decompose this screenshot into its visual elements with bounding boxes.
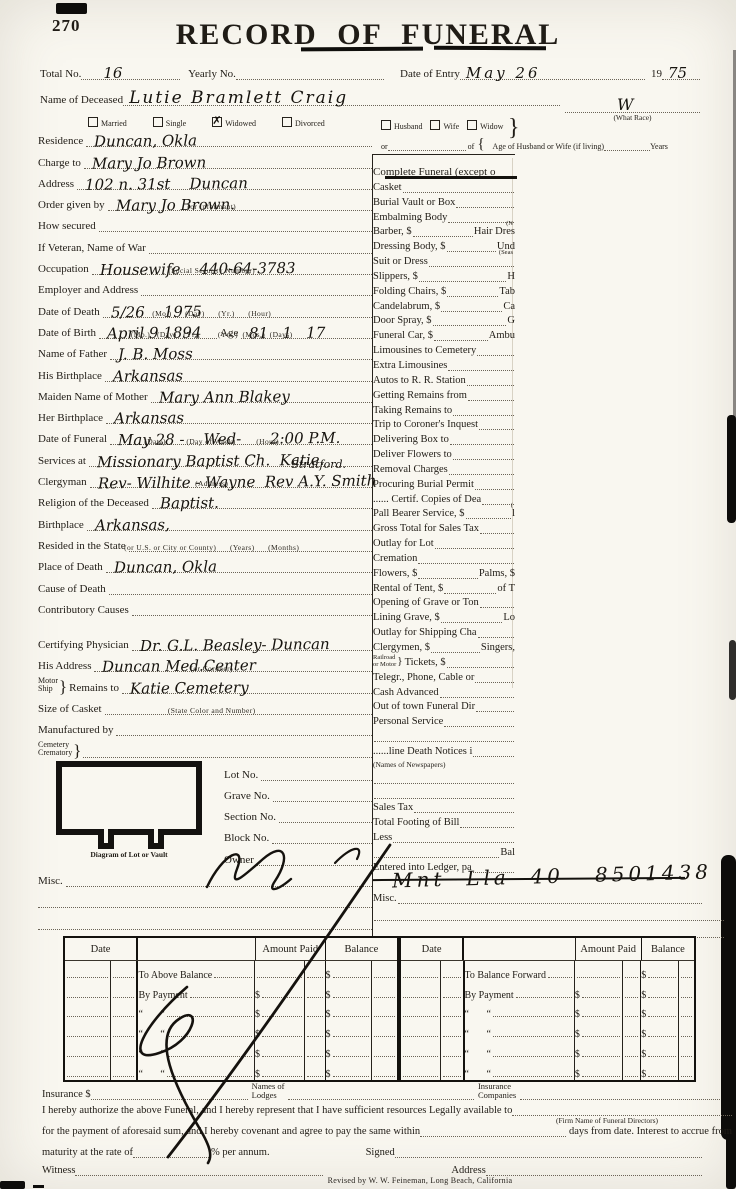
cell-dotted-line <box>648 1068 676 1077</box>
form-row-employer-and-address: Employer and Address <box>38 275 372 296</box>
form-row-label: Remains to <box>69 682 122 694</box>
form-row-clergyman: ClergymanRev- Wilhite - Wayne Rev A.Y. S… <box>38 467 372 488</box>
table-cell <box>401 1001 440 1021</box>
form-row-sublabel: (or Informant) <box>187 202 236 211</box>
form-row-sublabel: (Mo.) (Day) (Yr.) (Hour) <box>152 309 271 318</box>
cell-dotted-line <box>648 1008 676 1017</box>
stacked-brace: } <box>72 744 83 758</box>
signed-line <box>395 1145 702 1158</box>
item-leader <box>475 672 514 683</box>
checkbox-label-husband: Husband <box>394 122 422 131</box>
charge-item-text: Slippers, $ <box>373 271 418 282</box>
table-cell <box>304 1001 325 1021</box>
balance-dollar-sign: $ <box>641 1049 646 1060</box>
form-row-line <box>83 744 372 758</box>
form-row-maiden-name-of-mother: Maiden Name of MotherMary Ann Blakey <box>38 382 372 403</box>
charge-item-text-2: Palms, $ <box>479 568 515 579</box>
spouse-years-label: Years <box>650 142 668 151</box>
address-label: Address <box>451 1165 485 1176</box>
table-cell <box>110 1001 136 1021</box>
cell-dotted-line <box>257 969 302 978</box>
item-leader <box>413 226 473 237</box>
table-row: To Balance Forward$ <box>401 961 694 981</box>
form-row-label: Her Birthplace <box>38 412 106 424</box>
charge-item-text: Telegr., Phone, Cable or <box>373 672 474 683</box>
cell-dotted-line <box>625 1048 639 1057</box>
cell-dotted-line <box>262 1008 302 1017</box>
form-row-label: His Birthplace <box>38 370 105 382</box>
form-row-label: Residence <box>38 135 86 147</box>
total-no-value: 16 <box>103 64 122 82</box>
form-row-line <box>116 722 372 736</box>
item-leader <box>475 479 514 490</box>
form-row-label: Place of Death <box>38 561 106 573</box>
cell-dotted-line <box>403 1028 438 1037</box>
checkbox-widow: Widow <box>467 120 503 131</box>
amount-dollar-sign: $ <box>255 1049 260 1060</box>
table-cell <box>110 1020 136 1040</box>
charge-item-text-2: Ambu <box>489 330 515 341</box>
form-row-sublabel: (State Color and Number) <box>168 706 256 715</box>
charge-item-gross-total-for-sales-tax: Gross Total for Sales Tax <box>373 519 515 534</box>
cell-dotted-line <box>625 1008 639 1017</box>
item-leader <box>433 315 507 326</box>
form-row-contributory-causes: Contributory Causes <box>38 595 372 616</box>
item-leader <box>447 241 496 252</box>
item-leader <box>447 286 498 297</box>
form-row-if-veteran-name-of-war: If Veteran, Name of War <box>38 232 372 253</box>
lot-fields: Lot No.Grave No.Section No.Block No.Owne… <box>224 760 372 866</box>
cell-dotted-line <box>67 1008 108 1017</box>
cell-dotted-line <box>333 969 369 978</box>
charge-item-text: Delivering Box to <box>373 434 449 445</box>
row-desc: “ “ <box>138 1029 164 1040</box>
checkbox-husband: Husband <box>381 120 422 131</box>
table-row: “ “$$ <box>65 1001 397 1021</box>
balance-dollar-sign: $ <box>641 970 646 981</box>
form-row-line: Arkansas <box>106 410 372 424</box>
charge-item-lining-grave: Lining Grave, $Lo <box>373 608 515 623</box>
cell-dotted-line <box>113 1068 134 1077</box>
charge-item-note: (Seas <box>499 249 513 256</box>
cell-dotted-line <box>333 989 369 998</box>
signed-label: Signed <box>366 1147 395 1158</box>
item-leader <box>431 642 480 653</box>
form-row-how-secured: How secured <box>38 211 372 232</box>
charge-item-slippers: Slippers, $H <box>373 267 515 282</box>
item-leader <box>414 802 514 813</box>
table-row: “ “$$ <box>401 1060 694 1080</box>
charge-item-text: Taking Remains to <box>373 405 452 416</box>
charge-item-text: ......line Death Notices i <box>373 746 472 757</box>
form-row-sublabel: (Date) (Day of Week) (Hour) <box>144 437 279 446</box>
row-desc: “ “ <box>138 1069 164 1080</box>
table-cell <box>65 1060 110 1080</box>
charge-item-tickets: Railroad or Motor}Tickets, $ <box>373 653 515 668</box>
table-cell <box>622 961 641 981</box>
blank-dotted-line <box>38 916 372 930</box>
amount-dollar-sign: $ <box>255 1009 260 1020</box>
charge-item-text: Personal Service <box>373 716 443 727</box>
row-desc: “ “ <box>138 1009 164 1020</box>
table-row: By Payment$$ <box>401 981 694 1001</box>
cell-dotted-line <box>374 1028 395 1037</box>
cell-dotted-line <box>625 989 639 998</box>
table-cell: “ “ <box>463 1040 574 1060</box>
total-no-label: Total No. <box>40 68 81 80</box>
lot-field-line <box>257 852 372 866</box>
item-leader <box>477 345 514 356</box>
form-row-line <box>109 581 372 595</box>
charge-item-text: Total Footing of Bill <box>373 817 459 828</box>
charge-item-text: Bal <box>500 847 515 858</box>
checkbox-label-widow: Widow <box>480 122 503 131</box>
misc-label: Misc. <box>38 875 66 887</box>
amount-dollar-sign: $ <box>575 1069 580 1080</box>
cell-dotted-line <box>113 1008 134 1017</box>
name-of-deceased-value: Lutie Bramlett Craig <box>129 88 348 108</box>
charge-item-delivering-box-to: Delivering Box to <box>373 430 515 445</box>
name-of-deceased-line: Lutie Bramlett Craig <box>123 92 560 106</box>
year-value: 75 <box>668 64 687 82</box>
lot-section: Diagram of Lot or VaultLot No.Grave No.S… <box>38 760 372 866</box>
charge-item-text: Trip to Coroner's Inquest <box>373 419 478 430</box>
cell-dotted-line <box>577 969 620 978</box>
table-cell: $ <box>640 981 678 1001</box>
title-underline <box>434 46 546 50</box>
table-cell: $ <box>325 961 371 981</box>
charge-item-text: Funeral Car, $ <box>373 330 433 341</box>
charge-item-less: Less <box>373 828 515 843</box>
charge-item-text: ...... Certif. Copies of Dea <box>373 494 481 505</box>
form-row-size-of-casket: Size of Casket(State Color and Number) <box>38 694 372 715</box>
cell-dotted-line <box>443 969 460 978</box>
balance-dollar-sign: $ <box>326 1009 331 1020</box>
table-cell: $ <box>574 1001 622 1021</box>
table-cell: “ “ <box>136 1060 254 1080</box>
cell-dotted-line <box>681 1068 692 1077</box>
form-row-label: Religion of the Deceased <box>38 497 152 509</box>
form-row-date-of-death: Date of Death5/26 1975(Mo.) (Day) (Yr.) … <box>38 296 372 317</box>
cell-dotted-line <box>113 969 134 978</box>
checkbox-label-wife: Wife <box>443 122 459 131</box>
funeral-record-page: 270 RECORD OF FUNERAL Total No. 16 Yearl… <box>0 0 736 1189</box>
item-leader <box>434 330 488 341</box>
race-block: W (What Race) <box>565 92 700 122</box>
row-desc: By Payment <box>465 990 514 1001</box>
amount-dollar-sign: $ <box>255 990 260 1001</box>
charge-item-text: Door Spray, $ <box>373 315 432 326</box>
checkbox-box-widow <box>467 120 477 130</box>
form-row-date-of-birth: Date of BirthApril 9 1894Age81 1 17(Mo.)… <box>38 318 372 339</box>
amount-dollar-sign: $ <box>575 1029 580 1040</box>
row-desc: By Payment <box>138 990 187 1001</box>
charge-item-total-footing-of-bill: Total Footing of Bill <box>373 813 515 828</box>
charge-item-complete-funeral-except-o: Complete Funeral (except o <box>373 159 515 178</box>
cell-dotted-line <box>516 989 572 998</box>
misc-blank-line <box>38 908 372 929</box>
item-leader <box>419 271 506 282</box>
form-row-line: Duncan, Okla <box>106 559 372 573</box>
charge-item-text: Casket <box>373 182 402 193</box>
cell-dotted-line <box>648 969 676 978</box>
charge-item-text: Candelabrum, $ <box>373 301 440 312</box>
form-row-line: Duncan, Okla <box>86 133 372 147</box>
table-cell: $ <box>254 981 304 1001</box>
charge-item-rental-of-tent: Rental of Tent, $of T <box>373 579 515 594</box>
table-row: “ “$$ <box>65 1060 397 1080</box>
form-row-remains-to: Motor Ship}Remains toKatie Cemetery <box>38 672 372 693</box>
insurance-label: Insurance $ <box>42 1089 91 1100</box>
cell-dotted-line <box>493 1048 572 1057</box>
charge-item-limousines-to-cemetery: Limousines to Cemetery <box>373 341 515 356</box>
balance-dollar-sign: $ <box>641 990 646 1001</box>
checkbox-box-husband <box>381 120 391 130</box>
charge-item-text: Out of town Funeral Dir <box>373 701 475 712</box>
cell-dotted-line <box>262 1068 302 1077</box>
row-desc: “ “ <box>465 1009 491 1020</box>
form-row-religion-of-the-deceased: Religion of the DeceasedBaptist. <box>38 488 372 509</box>
charge-item-text: Barber, $ <box>373 226 412 237</box>
cell-dotted-line <box>67 1068 108 1077</box>
form-row-label: Manufactured by <box>38 724 116 736</box>
scan-artifact <box>721 855 736 1140</box>
witness-line <box>75 1163 323 1176</box>
cell-dotted-line <box>374 989 395 998</box>
lot-field-label: Section No. <box>224 811 279 823</box>
table-cell <box>371 1001 397 1021</box>
form-row-label: Certifying Physician <box>38 639 132 651</box>
charge-item-text: Autos to R. R. Station <box>373 375 466 386</box>
yearly-no-line <box>236 66 384 80</box>
charge-item-text: Cremation <box>373 553 417 564</box>
table-cell <box>304 961 325 981</box>
item-leader <box>398 893 702 904</box>
lot-diagram <box>55 760 203 850</box>
form-row-date-of-funeral: Date of FuneralMay 28 - Wed- 2:00 P.M.(D… <box>38 424 372 445</box>
table-cell: $ <box>254 1001 304 1021</box>
charge-item-names-of-newspapers: (Names of Newspapers) <box>373 757 515 769</box>
form-row-label: Occupation <box>38 263 92 275</box>
item-leader <box>403 182 514 193</box>
cell-dotted-line <box>262 1048 302 1057</box>
charge-item-text: Gross Total for Sales Tax <box>373 523 479 534</box>
blank-dotted-line <box>373 904 725 921</box>
cell-dotted-line <box>625 1068 639 1077</box>
form-row-his-birthplace: His BirthplaceArkansas <box>38 360 372 381</box>
charge-item-extra-limousines: Extra Limousines <box>373 356 515 371</box>
table-row: To Above Balance$ <box>65 961 397 981</box>
cell-dotted-line <box>113 1028 134 1037</box>
table-cell: $ <box>640 1040 678 1060</box>
lot-field-label: Owner <box>224 854 257 866</box>
lot-field-label: Grave No. <box>224 790 273 802</box>
date-of-entry-value: May 26 <box>466 64 541 82</box>
spouse-brace-2: { <box>476 137 486 151</box>
charge-item-barber: Barber, $Hair Dres(N <box>373 223 515 238</box>
table-cell <box>440 1020 462 1040</box>
cell-dotted-line <box>67 1028 108 1037</box>
table-cell <box>371 981 397 1001</box>
form-row-line <box>141 282 372 296</box>
charge-item-embalming-body: Embalming Body <box>373 208 515 223</box>
header-row-numbers: Total No. 16 Yearly No. Date of Entry Ma… <box>40 66 700 80</box>
table-cell <box>678 1060 694 1080</box>
balance-dollar-sign: $ <box>641 1009 646 1020</box>
item-leader <box>393 832 514 843</box>
charge-item-getting-remains-from: Getting Remains from <box>373 386 515 401</box>
table-cell: “ “ <box>463 1060 574 1080</box>
item-leader <box>467 375 514 386</box>
charge-item-text: Clergymen, $ <box>373 642 430 653</box>
charge-item-bal: Bal <box>373 843 515 858</box>
cell-dotted-line <box>582 1048 620 1057</box>
cell-dotted-line <box>262 989 302 998</box>
form-row-line: Arkansas <box>105 368 372 382</box>
charge-item-text: Suit or Dress <box>373 256 428 267</box>
lot-field-grave-no: Grave No. <box>224 781 372 802</box>
cell-dotted-line <box>262 1028 302 1037</box>
balance-dollar-sign: $ <box>326 1069 331 1080</box>
cell-dotted-line <box>167 1068 252 1077</box>
item-leader <box>418 553 514 564</box>
charge-item-text: Complete Funeral (except o <box>373 166 496 178</box>
witness-label: Witness <box>42 1165 75 1176</box>
charge-item-certif-copies-of-dea: ...... Certif. Copies of Dea <box>373 490 515 505</box>
form-row-line <box>149 240 372 254</box>
form-row-line: Baptist. <box>152 495 372 509</box>
form-row-label: Charge to <box>38 157 84 169</box>
balance-dollar-sign: $ <box>326 1029 331 1040</box>
item-leader <box>440 687 514 698</box>
cell-dotted-line <box>307 969 323 978</box>
charge-item-text: Folding Chairs, $ <box>373 286 446 297</box>
charge-item-outlay-for-shipping-cha: Outlay for Shipping Cha <box>373 623 515 638</box>
charge-item-funeral-car: Funeral Car, $Ambu <box>373 326 515 341</box>
row-desc: “ “ <box>465 1049 491 1060</box>
charge-item-text: Outlay for Shipping Cha <box>373 627 477 638</box>
table-header-cell: Amount Paid <box>575 938 641 960</box>
lot-diagram-caption: Diagram of Lot or Vault <box>55 850 203 859</box>
table-row: “ “$$ <box>401 1001 694 1021</box>
charge-item-text: Outlay for Lot <box>373 538 434 549</box>
item-leader <box>460 817 514 828</box>
charge-item-text: Procuring Burial Permit <box>373 479 474 490</box>
charge-item-blank <box>373 784 515 799</box>
auth-text-2: for the payment of aforesaid sum, and I … <box>42 1126 420 1137</box>
charge-item-telegr-phone-cable-or: Telegr., Phone, Cable or <box>373 668 515 683</box>
charge-item-text-2: Ca <box>503 301 515 312</box>
item-leader <box>448 212 514 223</box>
authorization-line-3: maturity at the rate of % per annum. Sig… <box>42 1145 702 1158</box>
cell-dotted-line <box>167 1048 252 1057</box>
charge-item-cremation: Cremation <box>373 549 515 564</box>
lot-field-line <box>273 788 372 802</box>
charge-item-blank <box>373 769 515 784</box>
year-line: 75 <box>662 66 700 80</box>
item-leader <box>453 449 514 460</box>
charge-item-text: Less <box>373 832 392 843</box>
lot-field-block-no: Block No. <box>224 823 372 844</box>
scan-artifact <box>726 1130 736 1189</box>
table-cell <box>304 981 325 1001</box>
table-cell: “ “ <box>136 1020 254 1040</box>
charge-item-flowers: Flowers, $Palms, $ <box>373 564 515 579</box>
charge-item-personal-service: Personal Service <box>373 712 515 727</box>
companies-line <box>520 1087 720 1100</box>
table-cell: $ <box>574 1060 622 1080</box>
charge-item-text: Pall Bearer Service, $ <box>373 508 465 519</box>
balance-dollar-sign: $ <box>326 990 331 1001</box>
charge-item-text-2: l <box>512 508 515 519</box>
table-cell: $ <box>574 981 622 1001</box>
item-leader <box>466 508 512 519</box>
charge-item-text: Dressing Body, $ <box>373 241 446 252</box>
table-cell <box>304 1060 325 1080</box>
table-cell: “ “ <box>463 1001 574 1021</box>
spouse-or-label: or <box>381 142 388 151</box>
table-header-cell: Date <box>65 938 136 960</box>
table-row: “ “$$ <box>401 1020 694 1040</box>
charge-item-sales-tax: Sales Tax <box>373 799 515 814</box>
table-cell: “ “ <box>136 1001 254 1021</box>
form-row-label: Resided in the State <box>38 540 129 552</box>
table-cell <box>110 1060 136 1080</box>
table-cell <box>65 1020 110 1040</box>
table-cell: By Payment <box>136 981 254 1001</box>
lot-field-label: Block No. <box>224 832 272 844</box>
table-cell <box>440 961 462 981</box>
lodges-label: Names of Lodges <box>252 1082 285 1100</box>
checkbox-wife: Wife <box>430 120 459 131</box>
charge-item-text: Removal Charges <box>373 464 448 475</box>
form-row-label: Employer and Address <box>38 284 141 296</box>
charge-item-text-2: H <box>507 271 515 282</box>
cell-dotted-line <box>374 969 395 978</box>
spouse-age-label: Age of Husband or Wife (if living) <box>493 142 605 151</box>
table-cell: By Payment <box>463 981 574 1001</box>
form-row-line: Arkansas, <box>87 517 372 531</box>
date-of-entry-label: Date of Entry <box>400 68 460 80</box>
form-row-line: Katie Cemetery <box>122 680 372 694</box>
cell-dotted-line <box>167 1008 252 1017</box>
spouse-brace: } <box>507 121 522 135</box>
cell-dotted-line <box>67 1048 108 1057</box>
scan-artifact <box>56 3 87 14</box>
charge-item-text: Extra Limousines <box>373 360 447 371</box>
auth-text-3: maturity at the rate of <box>42 1147 133 1158</box>
table-row: “ “$$ <box>65 1020 397 1040</box>
blank-dotted-line <box>38 894 372 908</box>
item-leader <box>473 746 514 757</box>
cell-dotted-line <box>307 1068 323 1077</box>
table-cell <box>440 1001 462 1021</box>
item-leader <box>447 657 514 668</box>
cell-dotted-line <box>307 1028 323 1037</box>
table-cell <box>622 1020 641 1040</box>
form-row-address: Address102 n. 31st Duncan <box>38 169 372 190</box>
cell-dotted-line <box>681 989 692 998</box>
table-cell: “ “ <box>136 1040 254 1060</box>
cell-dotted-line <box>493 1068 572 1077</box>
table-cell: $ <box>254 1020 304 1040</box>
date-of-entry-line: May 26 <box>460 66 645 80</box>
cell-dotted-line <box>625 1028 639 1037</box>
balance-dollar-sign: $ <box>641 1069 646 1080</box>
cell-dotted-line <box>403 1048 438 1057</box>
cell-dotted-line <box>333 1048 369 1057</box>
balance-dollar-sign: $ <box>326 1049 331 1060</box>
